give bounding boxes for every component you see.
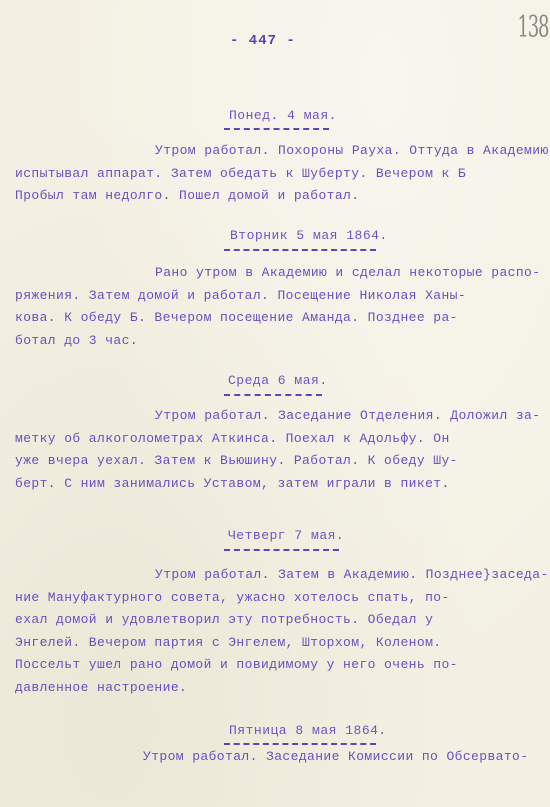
text-line: метку об алкоголометрах Аткинса. Поехал … (15, 428, 535, 451)
entry-text-tuesday: Рано утром в Академию и сделал некоторые… (15, 262, 535, 352)
text-line: ботал до 3 час. (15, 330, 535, 353)
entry-heading-tuesday: Вторник 5 мая 1864. (230, 228, 388, 243)
entry-heading-thursday: Четверг 7 мая. (228, 528, 344, 543)
text-line: берт. С ним занимались Уставом, затем иг… (15, 473, 535, 496)
entry-heading-monday: Понед. 4 мая. (229, 108, 337, 123)
heading-underline (224, 128, 329, 130)
text-line: Энгелей. Вечером партия с Энгелем, Шторх… (15, 632, 535, 655)
entry-text-monday: Утром работал. Похороны Рауха. Оттуда в … (15, 140, 535, 208)
text-line: уже вчера уехал. Затем к Вьюшину. Работа… (15, 450, 535, 473)
text-line: Поссельт ушел рано домой и повидимому у … (15, 654, 535, 677)
heading-underline (224, 249, 376, 251)
page-number: - 447 - (230, 33, 296, 49)
text-line: ряжения. Затем домой и работал. Посещени… (15, 285, 535, 308)
heading-underline (224, 549, 339, 551)
text-line: давленное настроение. (15, 677, 535, 700)
document-page: 138 - 447 - Понед. 4 мая. Утром работал.… (0, 0, 550, 807)
entry-text-thursday: Утром работал. Затем в Академию. Позднее… (15, 564, 535, 699)
heading-underline (224, 394, 322, 396)
text-line: Утром работал. Заседание Комиссии по Обс… (15, 746, 535, 769)
text-line: Утром работал. Похороны Рауха. Оттуда в … (15, 140, 535, 163)
text-line: Утром работал. Заседание Отделения. Доло… (15, 405, 535, 428)
entry-heading-wednesday: Среда 6 мая. (228, 373, 328, 388)
entry-text-friday: Утром работал. Заседание Комиссии по Обс… (15, 746, 535, 769)
text-line: испытывал аппарат. Затем обедать к Шубер… (15, 163, 535, 186)
text-line: ехал домой и удовлетворил эту потребност… (15, 609, 535, 632)
text-line: Пробыл там недолго. Пошел домой и работа… (15, 185, 535, 208)
text-line: Рано утром в Академию и сделал некоторые… (15, 262, 535, 285)
entry-text-wednesday: Утром работал. Заседание Отделения. Доло… (15, 405, 535, 495)
text-line: кова. К обеду Б. Вечером посещение Аманд… (15, 307, 535, 330)
text-line: Утром работал. Затем в Академию. Позднее… (15, 564, 535, 587)
heading-underline (224, 743, 376, 745)
entry-heading-friday: Пятница 8 мая 1864. (229, 723, 387, 738)
folio-mark: 138 (517, 10, 548, 45)
text-line: ние Мануфактурного совета, ужасно хотело… (15, 587, 535, 610)
